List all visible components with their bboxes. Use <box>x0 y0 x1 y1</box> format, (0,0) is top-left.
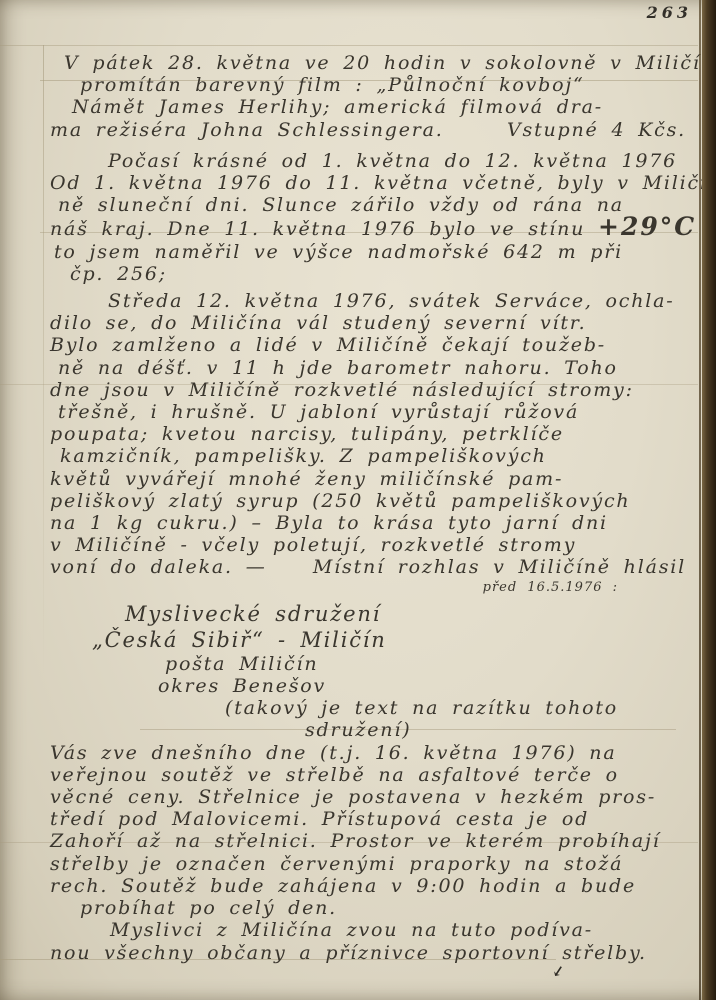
handwritten-line: dilo se, do Miličína vál studený severní… <box>50 312 690 334</box>
chronicle-page: 263 V pátek 28. května ve 20 hodin v sok… <box>0 0 716 1000</box>
handwritten-line: před 16.5.1976 : <box>50 579 690 601</box>
handwritten-line: sdružení) <box>50 719 690 741</box>
book-binding-edge <box>702 0 716 1000</box>
handwritten-line: kamzičník, pampelišky. Z pampeliškových <box>50 445 690 467</box>
handwritten-line: Zahoří až na střelnici. Prostor ve které… <box>50 830 690 852</box>
handwritten-line: tředí pod Malovicemi. Přístupová cesta j… <box>50 808 690 830</box>
handwritten-line: dne jsou v Miličíně rozkvetlé následujíc… <box>50 379 690 401</box>
handwritten-line: Myslivecké sdružení <box>50 601 690 627</box>
handwritten-line: poupata; kvetou narcisy, tulipány, petrk… <box>50 423 690 445</box>
handwritten-line: věcné ceny. Střelnice je postavena v hez… <box>50 786 690 808</box>
handwritten-line: „Česká Sibiř“ - Miličín <box>50 627 690 653</box>
handwritten-line: nou všechny občany a příznivce sportovní… <box>50 942 690 964</box>
ruled-line <box>0 45 698 46</box>
handwritten-line: Počasí krásné od 1. května do 12. května… <box>50 150 690 172</box>
handwritten-line: Od 1. května 1976 do 11. května včetně, … <box>50 172 690 194</box>
handwritten-line: V pátek 28. května ve 20 hodin v sokolov… <box>50 52 690 74</box>
handwritten-line: ně sluneční dni. Slunce zářilo vždy od r… <box>50 194 690 216</box>
handwritten-line: veřejnou soutěž ve střelbě na asfaltové … <box>50 764 690 786</box>
handwritten-line: promítán barevný film : „Půlnoční kovboj… <box>50 74 690 96</box>
handwritten-line: náš kraj. Dne 11. května 1976 bylo ve st… <box>50 216 690 240</box>
handwritten-line: Myslivci z Miličína zvou na tuto podíva- <box>50 919 690 941</box>
handwritten-line: rech. Soutěž bude zahájena v 9:00 hodin … <box>50 875 690 897</box>
sheet-edge-line <box>699 0 701 1000</box>
handwritten-line: ma režiséra Johna Schlessingera.Vstupné … <box>50 119 690 141</box>
handwritten-line: pošta Miličín <box>50 653 690 675</box>
handwritten-line: Námět James Herlihy; americká filmová dr… <box>50 96 690 118</box>
handwritten-line: (takový je text na razítku tohoto <box>50 697 690 719</box>
handwritten-line: Bylo zamlženo a lidé v Miličíně čekají t… <box>50 334 690 356</box>
handwritten-line: voní do daleka. —Místní rozhlas v Miličí… <box>50 556 690 578</box>
handwritten-line: okres Benešov <box>50 675 690 697</box>
handwritten-line: na 1 kg cukru.) – Byla to krása tyto jar… <box>50 512 690 534</box>
margin-line <box>43 45 44 745</box>
handwritten-line: Středa 12. května 1976, svátek Serváce, … <box>50 290 690 312</box>
handwritten-line: střelby je označen červenými praporky na… <box>50 853 690 875</box>
handwritten-line: čp. 256; <box>50 263 690 285</box>
page-number: 263 <box>647 3 692 22</box>
handwritten-line: ně na déšť. v 11 h jde barometr nahoru. … <box>50 357 690 379</box>
handwritten-line: květů vyvářejí mnohé ženy miličínské pam… <box>50 468 690 490</box>
handwritten-line: peliškový zlatý syrup (250 květů pampeli… <box>50 490 690 512</box>
handwritten-line: probíhat po celý den. <box>50 897 690 919</box>
handwritten-line: třešně, i hrušně. U jabloní vyrůstají rů… <box>50 401 690 423</box>
handwritten-line: to jsem naměřil ve výšce nadmořské 642 m… <box>50 241 690 263</box>
pen-flick-icon: ↙ <box>550 961 566 981</box>
handwritten-line: Vás zve dnešního dne (t.j. 16. května 19… <box>50 742 690 764</box>
handwritten-line: v Miličíně - včely poletují, rozkvetlé s… <box>50 534 690 556</box>
manuscript-text: V pátek 28. května ve 20 hodin v sokolov… <box>50 52 690 964</box>
